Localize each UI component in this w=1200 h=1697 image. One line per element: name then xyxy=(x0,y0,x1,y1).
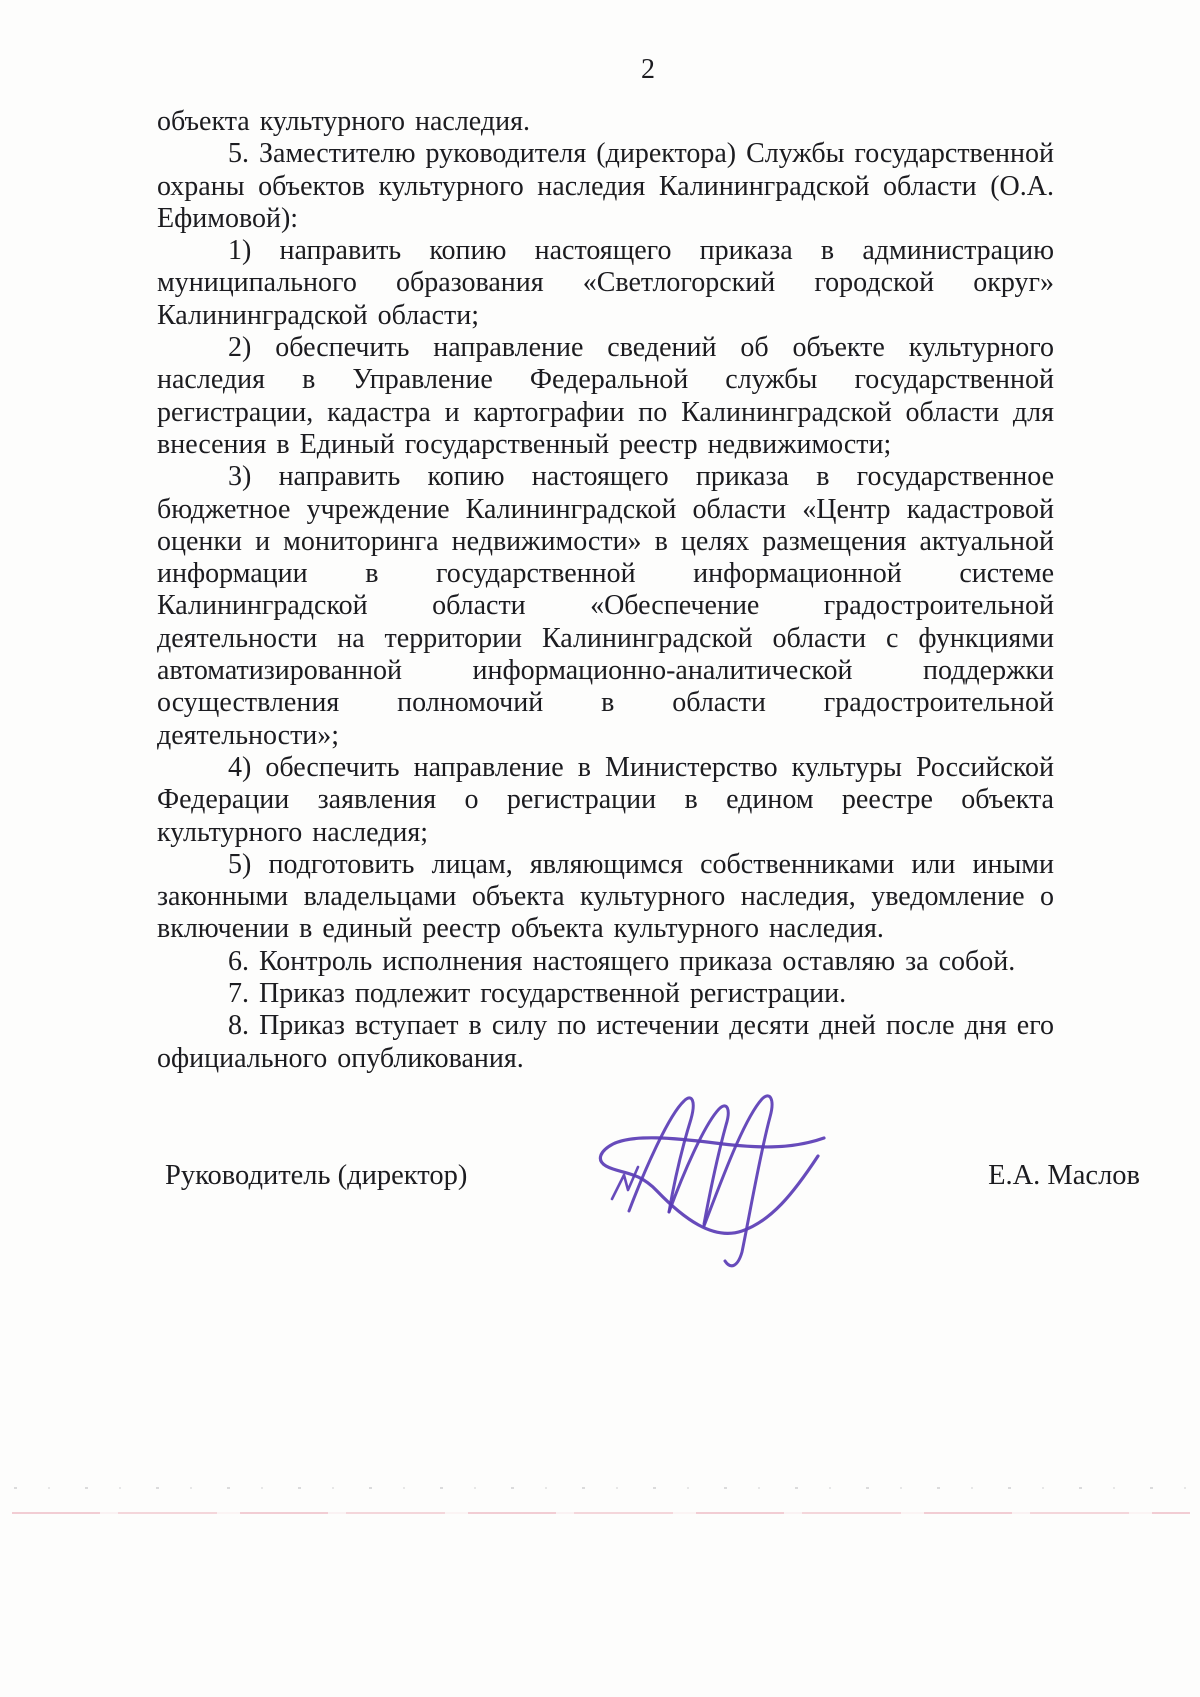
paragraph: 4) обеспечить направление в Министерство… xyxy=(157,752,1054,849)
scan-artifact-dots xyxy=(14,1487,1186,1489)
page-number: 2 xyxy=(98,54,1198,86)
signer-position-title: Руководитель (директор) xyxy=(165,1160,467,1192)
scan-artifact-line xyxy=(12,1512,1190,1514)
document-page: 2 объекта культурного наследия. 5. Замес… xyxy=(0,0,1200,1697)
paragraph: 2) обеспечить направление сведений об об… xyxy=(157,332,1054,461)
document-body: объекта культурного наследия. 5. Замести… xyxy=(157,106,1054,1075)
paragraph: объекта культурного наследия. xyxy=(157,106,1054,138)
paragraph: 7. Приказ подлежит государственной регис… xyxy=(157,978,1054,1010)
paragraph: 1) направить копию настоящего приказа в … xyxy=(157,235,1054,332)
paragraph: 5) подготовить лицам, являющимся собстве… xyxy=(157,849,1054,946)
paragraph: 6. Контроль исполнения настоящего приказ… xyxy=(157,946,1054,978)
handwritten-signature xyxy=(575,1078,845,1278)
paragraph: 3) направить копию настоящего приказа в … xyxy=(157,461,1054,752)
paragraph: 5. Заместителю руководителя (директора) … xyxy=(157,138,1054,235)
signer-name: Е.А. Маслов xyxy=(988,1160,1140,1192)
signature-stroke xyxy=(704,1096,772,1266)
paragraph: 8. Приказ вступает в силу по истечении д… xyxy=(157,1010,1054,1075)
